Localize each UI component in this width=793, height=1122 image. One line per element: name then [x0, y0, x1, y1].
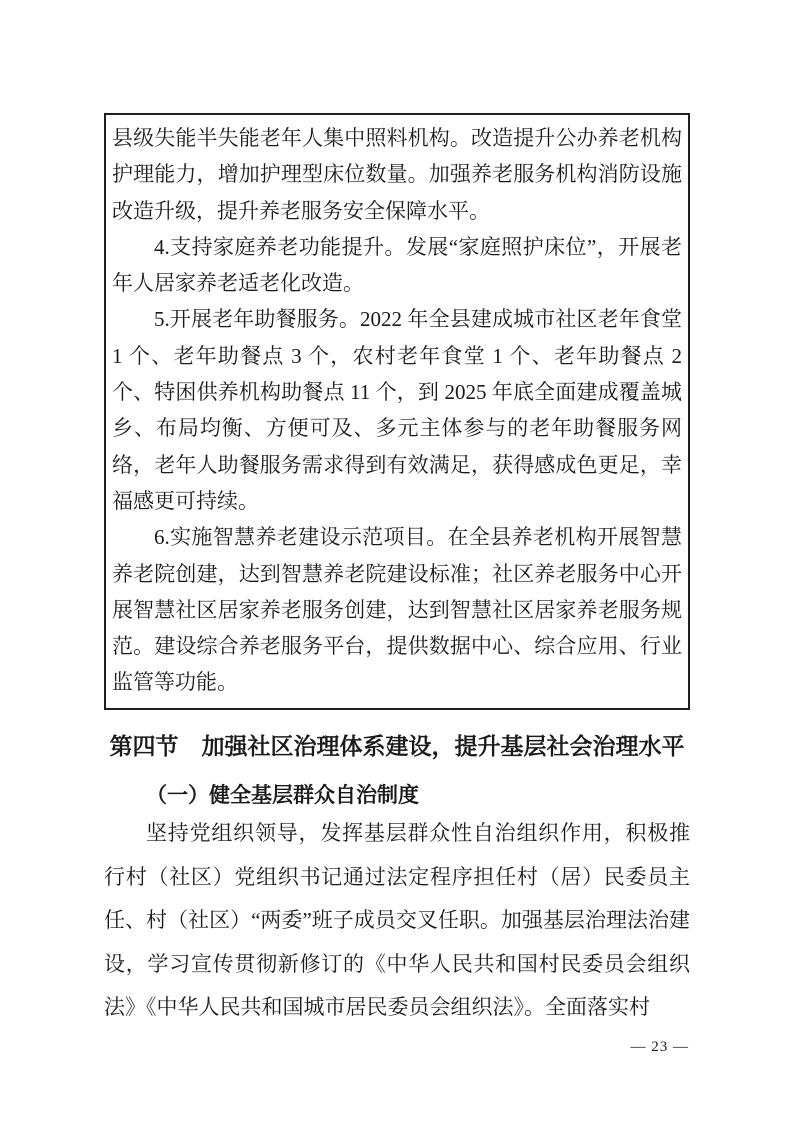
- section-heading: 第四节 加强社区治理体系建设，提升基层社会治理水平: [104, 732, 690, 760]
- paragraph-item-4: 4.支持家庭养老功能提升。发展“家庭照护床位”，开展老年人居家养老适老化改造。: [112, 229, 682, 302]
- boxed-text-block: 县级失能半失能老年人集中照料机构。改造提升公办养老机构护理能力，增加护理型床位数…: [104, 113, 690, 710]
- subsection-heading: （一）健全基层群众自治制度: [104, 780, 690, 810]
- page-number: — 23 —: [631, 1039, 690, 1056]
- body-paragraph: 坚持党组织领导，发挥基层群众性自治组织作用，积极推行村（社区）党组织书记通过法定…: [104, 812, 690, 1030]
- paragraph-item-6: 6.实施智慧养老建设示范项目。在全县养老机构开展智慧养老院创建，达到智慧养老院建…: [112, 519, 682, 700]
- paragraph-item-5: 5.开展老年助餐服务。2022 年全县建成城市社区老年食堂 1 个、老年助餐点 …: [112, 301, 682, 519]
- paragraph-continuation: 县级失能半失能老年人集中照料机构。改造提升公办养老机构护理能力，增加护理型床位数…: [112, 120, 682, 229]
- document-page: 县级失能半失能老年人集中照料机构。改造提升公办养老机构护理能力，增加护理型床位数…: [0, 0, 793, 1122]
